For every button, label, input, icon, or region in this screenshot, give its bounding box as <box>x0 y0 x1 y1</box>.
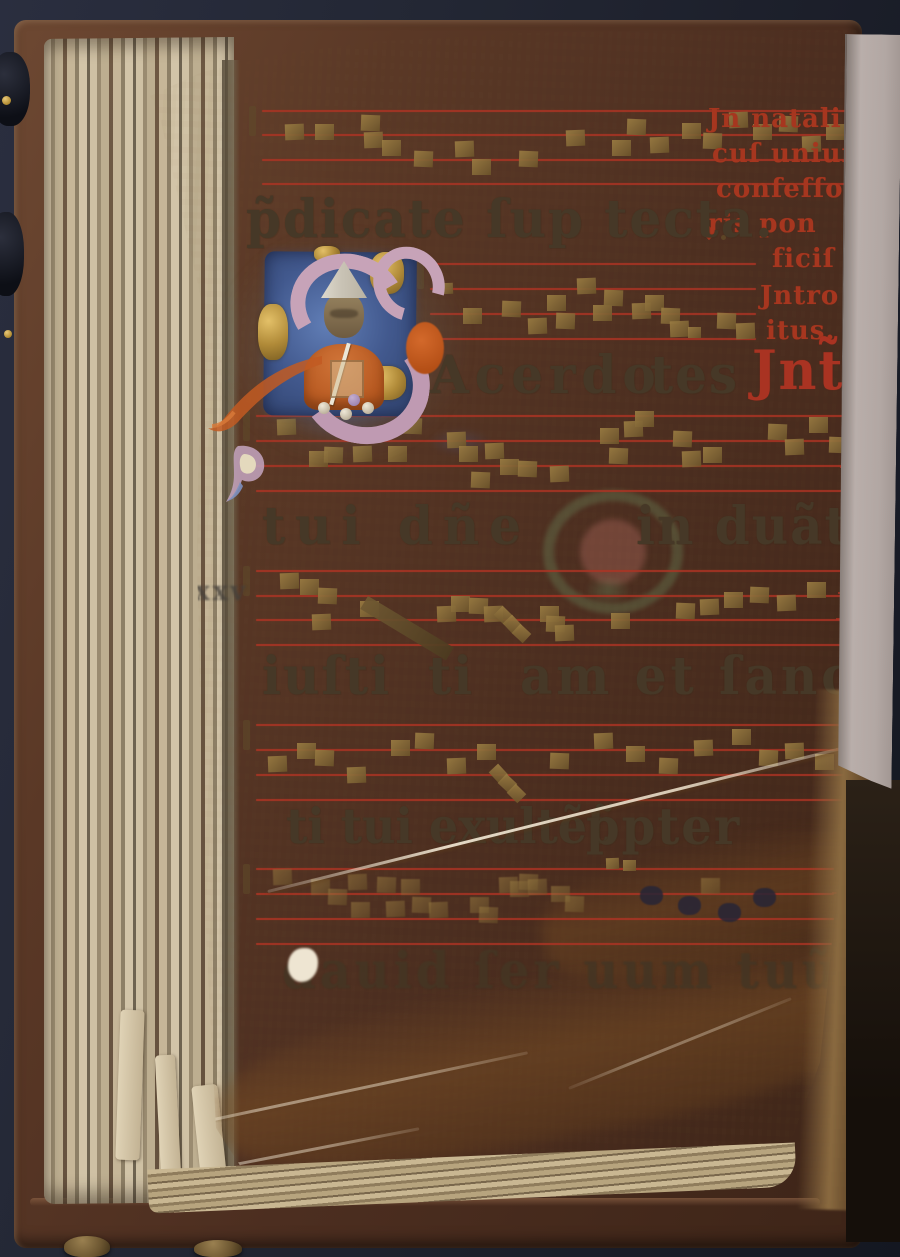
neume-note <box>626 746 645 762</box>
neume-note <box>785 439 805 456</box>
staff-line <box>256 918 834 920</box>
neume-note <box>386 901 406 918</box>
staff-line <box>256 774 844 776</box>
brass-foot <box>64 1236 110 1257</box>
neume-note <box>807 582 826 598</box>
neume-note <box>348 874 368 891</box>
neume-note <box>555 625 575 642</box>
neume-note <box>550 466 570 483</box>
neume-note <box>351 902 370 918</box>
neume-note <box>703 447 722 463</box>
neume-note <box>519 151 539 168</box>
neume-note <box>477 744 496 760</box>
neume-note <box>280 573 300 590</box>
chant-line-1: p̃dicate ſup tecta. <box>246 193 775 246</box>
neume-note <box>364 132 384 149</box>
ink-blot <box>640 886 664 906</box>
chant-line-5b: p̃pter <box>586 802 741 852</box>
chant-line-4c: am et ſanc <box>520 650 856 703</box>
staff-line <box>256 490 844 492</box>
neume-note <box>593 305 612 321</box>
neume-note <box>528 318 548 335</box>
neume-note <box>768 424 788 441</box>
neume-note <box>577 278 597 295</box>
chant-line-5a: ti tui exultẽt <box>286 802 608 850</box>
neume-note <box>701 878 720 894</box>
neume-note <box>635 411 654 427</box>
clasp-gold-stud <box>4 330 12 338</box>
neume-note <box>455 141 475 158</box>
facing-page-edge <box>834 34 900 789</box>
pearl-ornament <box>340 408 352 420</box>
brass-foot <box>194 1240 242 1257</box>
neume-note <box>451 596 470 612</box>
neume-note <box>606 858 619 869</box>
chant-line-3a: tui dñe <box>262 500 531 553</box>
ink-blot <box>753 888 777 908</box>
staff-line <box>256 868 834 870</box>
neume-note <box>717 313 737 330</box>
staff-line <box>256 724 844 726</box>
neume-note <box>673 431 693 448</box>
neume-note <box>273 869 293 886</box>
neume-note <box>528 879 548 896</box>
neume-note <box>429 902 449 919</box>
neume-note <box>485 443 505 460</box>
neume-note <box>391 740 410 756</box>
neume-note <box>318 588 338 605</box>
chant-line-2a: Acerdo <box>430 349 662 402</box>
neume-note <box>550 753 570 770</box>
ink-blot <box>718 903 742 923</box>
neume-note <box>600 428 619 444</box>
neume-note <box>777 595 797 612</box>
neume-note <box>328 889 348 906</box>
neume-note <box>547 295 566 311</box>
neume-note <box>659 758 679 775</box>
pearl-ornament <box>362 402 374 414</box>
neume-note <box>347 767 367 784</box>
neume-note <box>670 321 690 338</box>
neume-note <box>315 124 334 140</box>
rubric-line: Jn natali <box>708 106 842 132</box>
rubric-line: Jntro <box>760 283 839 309</box>
staff-line <box>256 570 848 572</box>
music-staff-2 <box>430 263 756 353</box>
staff-line <box>430 338 756 340</box>
chant-line-4a: iuſti <box>262 650 391 703</box>
chant-line-4b: ti <box>428 650 474 703</box>
manuscript-photo: { "artifact": { "title": "Antiphonary le… <box>0 0 900 1257</box>
bishop-book <box>330 360 364 398</box>
neume-note <box>700 599 720 616</box>
neume-note <box>500 459 519 475</box>
neume-note <box>414 151 434 168</box>
neume-note <box>627 119 647 136</box>
neume-note <box>682 123 701 139</box>
neume-note <box>682 451 702 468</box>
neume-note <box>447 758 467 775</box>
neume-note <box>732 729 751 745</box>
staff-line <box>430 263 756 265</box>
neume-note <box>479 907 499 924</box>
neume-note <box>566 130 586 147</box>
clasp-gold-stud <box>2 96 11 105</box>
neume-note <box>676 603 696 620</box>
violet-ornament <box>348 394 360 406</box>
gutter-shadow <box>846 780 900 1242</box>
neume-note <box>297 743 316 759</box>
neume-note <box>736 323 756 340</box>
neume-note <box>459 446 478 462</box>
neume-note <box>382 140 401 156</box>
rubric-line: ficiſ <box>772 246 835 272</box>
chant-line-6: dauid ſer uum tuũ <box>282 946 841 996</box>
neume-note <box>623 860 636 871</box>
neume-note <box>300 579 319 595</box>
neume-note <box>612 140 631 156</box>
rubric-line: cuſ uniuſ <box>712 141 854 167</box>
staff-line <box>256 749 844 751</box>
neume-note <box>809 417 828 433</box>
neume-note <box>401 879 420 895</box>
neume-note <box>518 461 538 478</box>
neume-note <box>361 115 381 132</box>
neume-note <box>312 614 332 631</box>
neume-note <box>502 301 522 318</box>
neume-note <box>688 327 701 338</box>
neume-note <box>565 896 585 913</box>
neume-note <box>415 733 435 750</box>
neume-note <box>377 877 397 894</box>
neume-note <box>694 740 714 757</box>
neume-note <box>315 750 335 767</box>
neume-note <box>650 137 670 154</box>
neume-note <box>724 592 743 608</box>
bishop-face <box>330 309 358 318</box>
neume-note <box>268 756 288 773</box>
neume-note <box>285 124 305 141</box>
orange-flourish <box>204 350 324 442</box>
neume-note <box>611 613 630 629</box>
neume-note <box>594 733 614 750</box>
neume-note <box>472 159 491 175</box>
chant-line-2b: tes <box>650 349 739 402</box>
neume-note <box>609 448 629 465</box>
chant-line-3b: in duãt <box>636 500 850 553</box>
neume-note <box>556 313 576 330</box>
neume-note <box>471 472 491 489</box>
neume-note <box>604 290 624 307</box>
ink-blot <box>678 896 702 916</box>
neume-note <box>750 587 770 604</box>
